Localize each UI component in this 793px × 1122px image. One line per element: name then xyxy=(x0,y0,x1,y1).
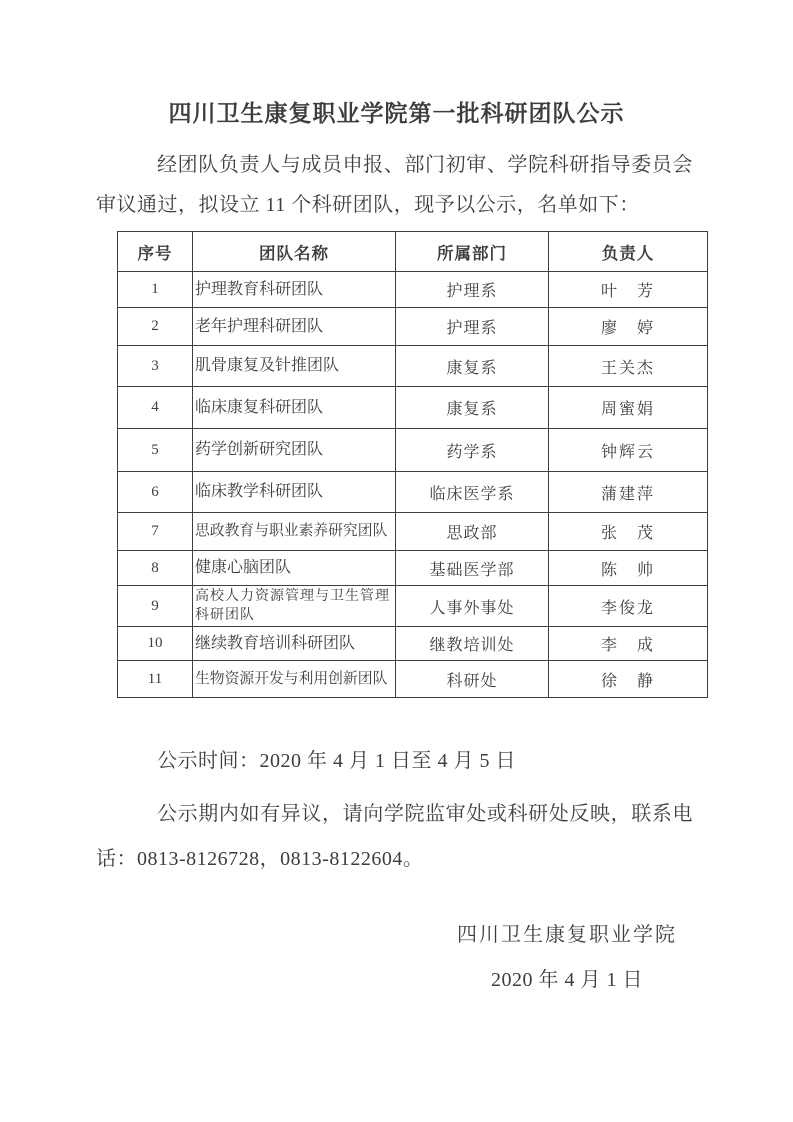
cell-department: 康复系 xyxy=(396,346,549,387)
document-page: 四川卫生康复职业学院第一批科研团队公示 经团队负责人与成员申报、部门初审、学院科… xyxy=(0,0,793,1122)
cell-team-name: 肌骨康复及针推团队 xyxy=(193,346,396,387)
cell-index: 6 xyxy=(118,472,193,513)
cell-leader: 陈 帅 xyxy=(549,551,708,586)
cell-leader: 廖 婷 xyxy=(549,308,708,346)
cell-team-name: 生物资源开发与利用创新团队 xyxy=(193,661,396,698)
header-index: 序号 xyxy=(118,232,193,272)
table-header: 序号团队名称所属部门负责人 xyxy=(118,232,708,272)
cell-department: 临床医学系 xyxy=(396,472,549,513)
cell-team-name: 老年护理科研团队 xyxy=(193,308,396,346)
table-row: 3肌骨康复及针推团队康复系王关杰 xyxy=(118,346,708,387)
cell-team-name: 护理教育科研团队 xyxy=(193,272,396,308)
cell-team-name: 高校人力资源管理与卫生管理科研团队 xyxy=(193,586,396,627)
table-row: 7思政教育与职业素养研究团队思政部张 茂 xyxy=(118,513,708,551)
cell-leader: 钟辉云 xyxy=(549,429,708,472)
table-row: 6临床教学科研团队临床医学系蒲建萍 xyxy=(118,472,708,513)
research-team-table: 序号团队名称所属部门负责人 1护理教育科研团队护理系叶 芳2老年护理科研团队护理… xyxy=(117,231,708,698)
cell-index: 1 xyxy=(118,272,193,308)
cell-leader: 蒲建萍 xyxy=(549,472,708,513)
cell-leader: 张 茂 xyxy=(549,513,708,551)
cell-index: 5 xyxy=(118,429,193,472)
notice-period-paragraph: 公示时间：2020 年 4 月 1 日至 4 月 5 日 xyxy=(96,739,693,783)
cell-index: 4 xyxy=(118,387,193,429)
signature-block: 四川卫生康复职业学院 2020 年 4 月 1 日 xyxy=(457,913,677,1003)
cell-department: 康复系 xyxy=(396,387,549,429)
table-row: 4临床康复科研团队康复系周蜜娟 xyxy=(118,387,708,429)
cell-index: 10 xyxy=(118,627,193,661)
table-row: 8健康心脑团队基础医学部陈 帅 xyxy=(118,551,708,586)
header-department: 所属部门 xyxy=(396,232,549,272)
cell-leader: 王关杰 xyxy=(549,346,708,387)
cell-index: 11 xyxy=(118,661,193,698)
cell-department: 护理系 xyxy=(396,272,549,308)
cell-department: 继教培训处 xyxy=(396,627,549,661)
cell-team-name: 临床教学科研团队 xyxy=(193,472,396,513)
cell-department: 护理系 xyxy=(396,308,549,346)
signature-area: 四川卫生康复职业学院 2020 年 4 月 1 日 xyxy=(0,913,793,1003)
header-row: 序号团队名称所属部门负责人 xyxy=(118,232,708,272)
cell-team-name: 健康心脑团队 xyxy=(193,551,396,586)
page-title: 四川卫生康复职业学院第一批科研团队公示 xyxy=(0,0,793,128)
objection-contact-paragraph: 公示期内如有异议，请向学院监审处或科研处反映，联系电话：0813-8126728… xyxy=(96,792,693,882)
cell-department: 药学系 xyxy=(396,429,549,472)
cell-leader: 李俊龙 xyxy=(549,586,708,627)
team-table-body: 1护理教育科研团队护理系叶 芳2老年护理科研团队护理系廖 婷3肌骨康复及针推团队… xyxy=(118,272,708,698)
table-row: 1护理教育科研团队护理系叶 芳 xyxy=(118,272,708,308)
cell-leader: 周蜜娟 xyxy=(549,387,708,429)
signature-organization: 四川卫生康复职业学院 xyxy=(457,913,677,958)
cell-leader: 徐 静 xyxy=(549,661,708,698)
signature-date: 2020 年 4 月 1 日 xyxy=(457,958,677,1003)
cell-department: 人事外事处 xyxy=(396,586,549,627)
cell-department: 思政部 xyxy=(396,513,549,551)
cell-team-name: 思政教育与职业素养研究团队 xyxy=(193,513,396,551)
cell-team-name: 药学创新研究团队 xyxy=(193,429,396,472)
cell-team-name: 继续教育培训科研团队 xyxy=(193,627,396,661)
table-row: 2老年护理科研团队护理系廖 婷 xyxy=(118,308,708,346)
table-row: 9高校人力资源管理与卫生管理科研团队人事外事处李俊龙 xyxy=(118,586,708,627)
cell-index: 2 xyxy=(118,308,193,346)
cell-index: 3 xyxy=(118,346,193,387)
cell-department: 基础医学部 xyxy=(396,551,549,586)
table-row: 11生物资源开发与利用创新团队科研处徐 静 xyxy=(118,661,708,698)
table-row: 5药学创新研究团队药学系钟辉云 xyxy=(118,429,708,472)
cell-department: 科研处 xyxy=(396,661,549,698)
header-team-name: 团队名称 xyxy=(193,232,396,272)
header-leader: 负责人 xyxy=(549,232,708,272)
cell-index: 9 xyxy=(118,586,193,627)
intro-paragraph: 经团队负责人与成员申报、部门初审、学院科研指导委员会审议通过，拟设立 11 个科… xyxy=(96,145,693,225)
cell-index: 7 xyxy=(118,513,193,551)
cell-team-name: 临床康复科研团队 xyxy=(193,387,396,429)
table-row: 10继续教育培训科研团队继教培训处李 成 xyxy=(118,627,708,661)
cell-index: 8 xyxy=(118,551,193,586)
cell-leader: 李 成 xyxy=(549,627,708,661)
cell-leader: 叶 芳 xyxy=(549,272,708,308)
